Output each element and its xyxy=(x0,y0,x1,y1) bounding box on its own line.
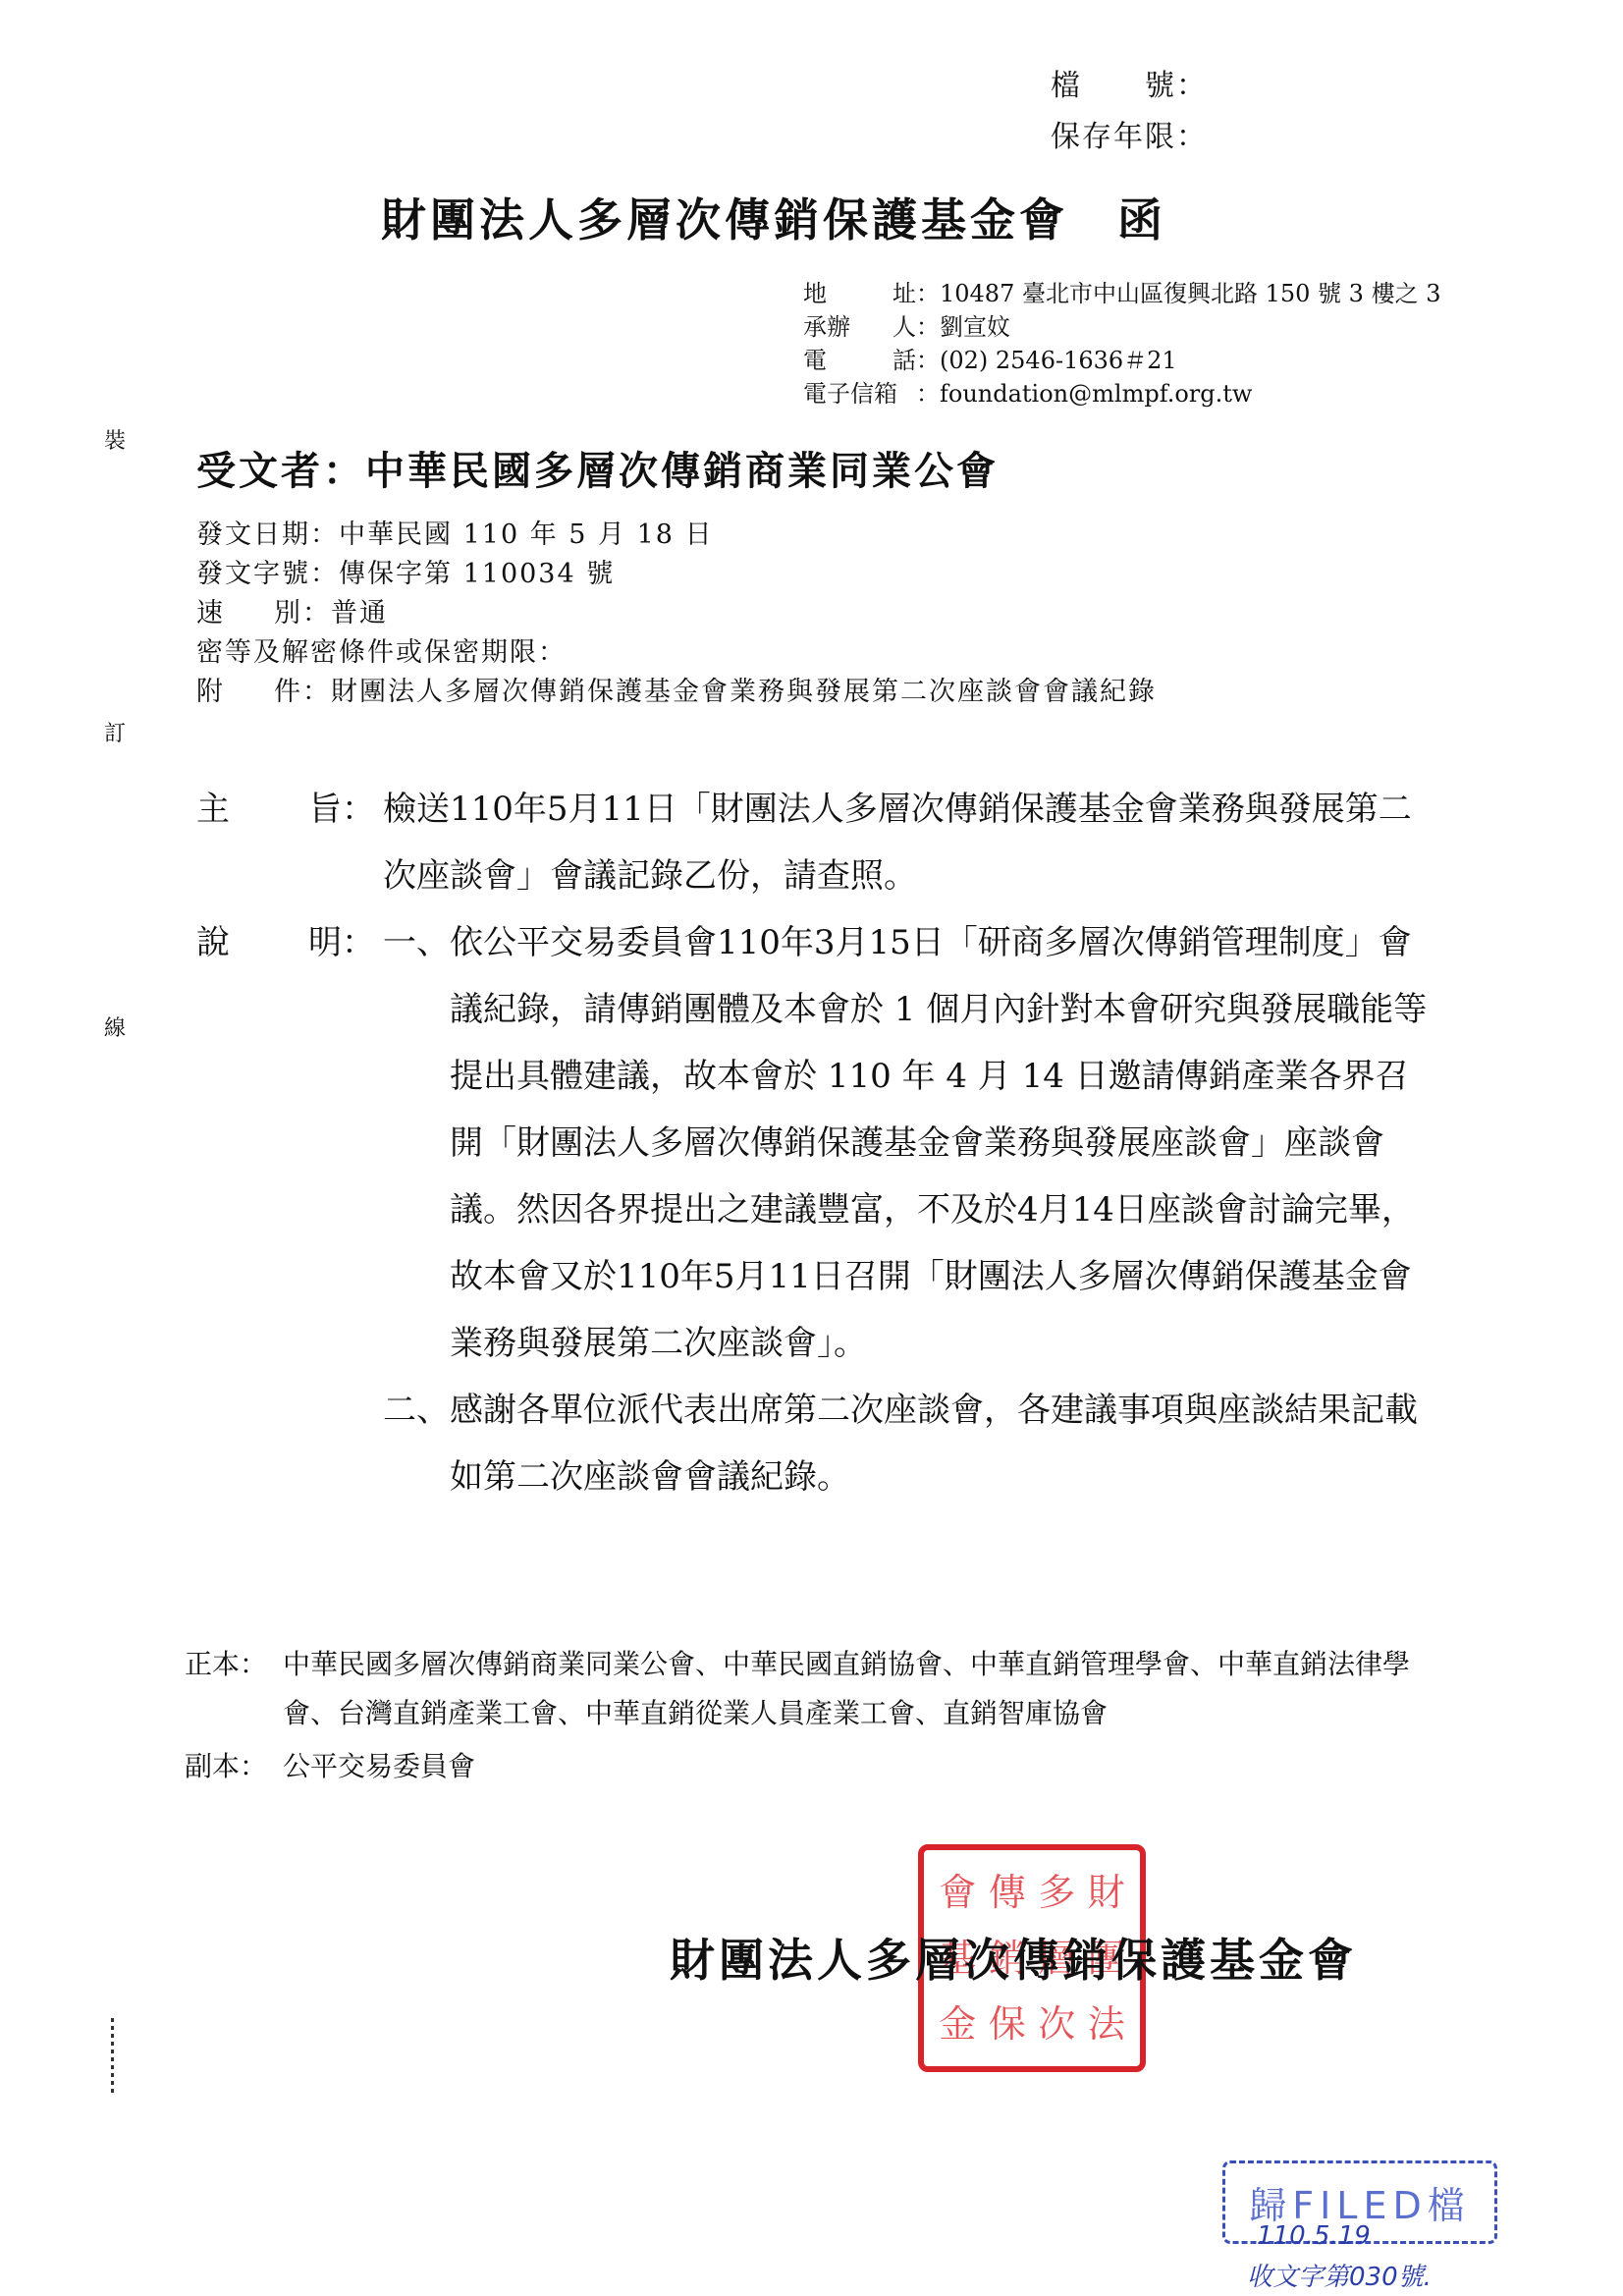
filed-date-handwritten: 110.5.19 xyxy=(1257,2221,1371,2251)
binding-mark-xian: 線 xyxy=(104,1011,126,1042)
contact-block: 地址 ：10487 臺北市中山區復興北路 150 號 3 樓之 3 承辦人 ：劉… xyxy=(803,277,1440,410)
signature: 財團法人多層次傳銷保護基金會 xyxy=(670,1925,1357,1990)
copy-recipients: 副本： 公平交易委員會 xyxy=(185,1742,1441,1791)
explanation-item: 二、 感謝各單位派代表出席第二次座談會，各建議事項與座談結果記載如第二次座談會會… xyxy=(383,1377,1434,1510)
explanation-item: 一、 依公平交易委員會110年3月15日「研商多層次傳銷管理制度」會議紀錄，請傳… xyxy=(383,909,1434,1377)
email-row: 電子信箱 ：foundation@mlmpf.org.tw xyxy=(803,377,1440,410)
document-meta: 發文日期：中華民國 110 年 5 月 18 日 發文字號：傳保字第 11003… xyxy=(196,516,1157,712)
document-title: 財團法人多層次傳銷保護基金會 函 xyxy=(381,185,1166,249)
phone-value: ：(02) 2546-1636＃21 xyxy=(916,344,1177,377)
retention-period-label: 保存年限： xyxy=(1051,112,1208,163)
original-recipients: 正本： 中華民國多層次傳銷商業同業公會、中華民國直銷協會、中華直銷管理學會、中華… xyxy=(185,1640,1441,1738)
speed-row: 速別：普通 xyxy=(196,594,1157,633)
email-value[interactable]: ：foundation@mlmpf.org.tw xyxy=(916,377,1252,410)
file-number-label: 檔 號： xyxy=(1051,61,1208,112)
secrecy-row: 密等及解密條件或保密期限： xyxy=(196,633,1157,673)
recipient: 受文者：中華民國多層次傳銷商業同業公會 xyxy=(196,440,999,496)
issue-date-row: 發文日期：中華民國 110 年 5 月 18 日 xyxy=(196,516,1157,555)
phone-row: 電話 ：(02) 2546-1636＃21 xyxy=(803,344,1440,377)
document-number-row: 發文字號：傳保字第 110034 號 xyxy=(196,555,1157,594)
handler-row: 承辦人 ：劉宣妏 xyxy=(803,310,1440,344)
filed-number-handwritten: 收文字第030號. xyxy=(1247,2257,1432,2293)
binding-mark-ding: 訂 xyxy=(104,717,126,747)
subject-text: 檢送110年5月11日「財團法人多層次傳銷保護基金會業務與發展第二次座談會」會議… xyxy=(383,776,1434,909)
attachment-row: 附件：財團法人多層次傳銷保護基金會業務與發展第二次座談會會議紀錄 xyxy=(196,673,1157,712)
subject-section: 主旨： 檢送110年5月11日「財團法人多層次傳銷保護基金會業務與發展第二次座談… xyxy=(196,776,1434,909)
binding-dotted-line xyxy=(111,2018,114,2097)
address-row: 地址 ：10487 臺北市中山區復興北路 150 號 3 樓之 3 xyxy=(803,277,1440,310)
binding-mark-zhuang: 裝 xyxy=(104,424,126,455)
explanation-section: 說明： 一、 依公平交易委員會110年3月15日「研商多層次傳銷管理制度」會議紀… xyxy=(196,909,1434,1510)
document-body: 主旨： 檢送110年5月11日「財團法人多層次傳銷保護基金會業務與發展第二次座談… xyxy=(196,776,1434,1510)
distribution-list: 正本： 中華民國多層次傳銷商業同業公會、中華民國直銷協會、中華直銷管理學會、中華… xyxy=(185,1640,1441,1791)
handler-value: ：劉宣妏 xyxy=(916,310,1010,344)
address-value: ：10487 臺北市中山區復興北路 150 號 3 樓之 3 xyxy=(916,277,1440,310)
file-info: 檔 號： 保存年限： xyxy=(1051,61,1208,163)
